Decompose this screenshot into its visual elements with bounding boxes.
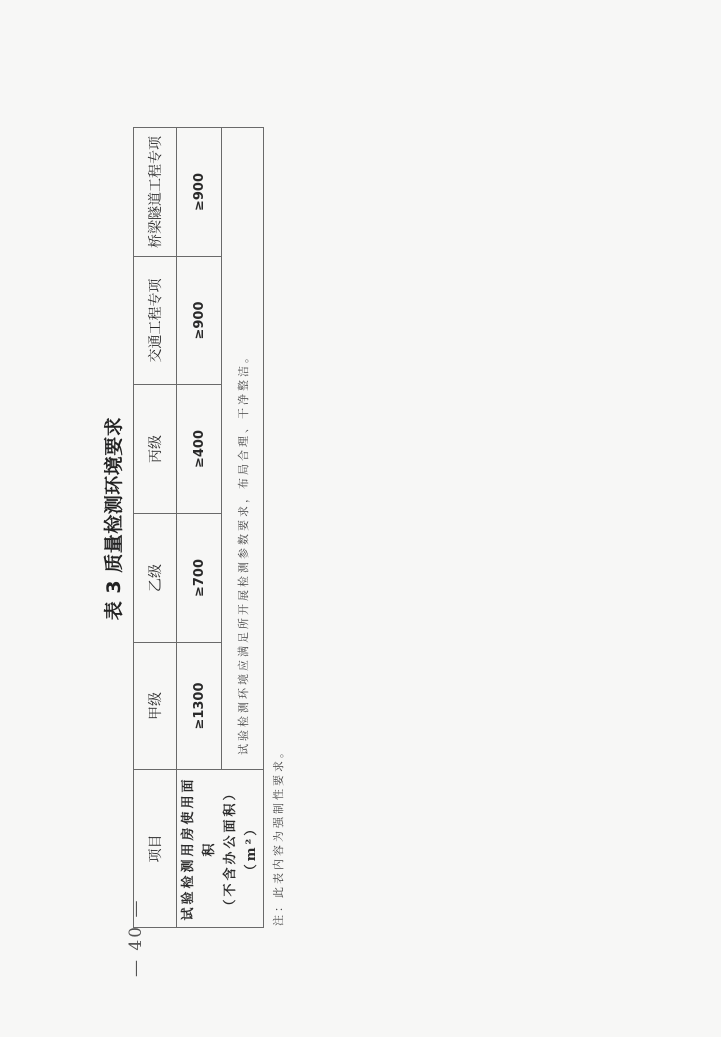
- value-bridge-tunnel: ≥900: [177, 128, 222, 257]
- quality-environment-table: 项目 甲级 乙级 丙级 交通工程专项 桥梁隧道工程专项 试验检测用房使用面积 （…: [133, 127, 264, 928]
- header-item: 项目: [134, 770, 177, 928]
- environment-note: 试验检测环境应满足所开展检测参数要求，布局合理、干净整洁。: [222, 128, 264, 770]
- footnote: 注：此表内容为强制性要求。: [270, 744, 286, 926]
- value-traffic-engineering: ≥900: [177, 257, 222, 385]
- header-row: 项目 甲级 乙级 丙级 交通工程专项 桥梁隧道工程专项: [134, 128, 177, 928]
- table-row: 试验检测用房使用面积 （不含办公面积）（m²） ≥1300 ≥700 ≥400 …: [177, 128, 222, 928]
- row-label: 试验检测用房使用面积 （不含办公面积）（m²）: [177, 770, 264, 928]
- row-label-line1: 试验检测用房使用面积: [178, 770, 220, 927]
- rotated-page: — 40 — 表 3 质量检测环境要求 项目 甲级 乙级 丙级 交通工程专项 桥…: [0, 0, 721, 1037]
- row-label-line2: （不含办公面积）（m²）: [220, 770, 262, 927]
- header-grade-c: 丙级: [134, 385, 177, 514]
- header-bridge-tunnel: 桥梁隧道工程专项: [134, 128, 177, 257]
- value-grade-b: ≥700: [177, 514, 222, 643]
- header-grade-b: 乙级: [134, 514, 177, 643]
- header-grade-a: 甲级: [134, 643, 177, 770]
- table-title: 表 3 质量检测环境要求: [99, 0, 126, 1037]
- header-traffic-engineering: 交通工程专项: [134, 257, 177, 385]
- value-grade-a: ≥1300: [177, 643, 222, 770]
- value-grade-c: ≥400: [177, 385, 222, 514]
